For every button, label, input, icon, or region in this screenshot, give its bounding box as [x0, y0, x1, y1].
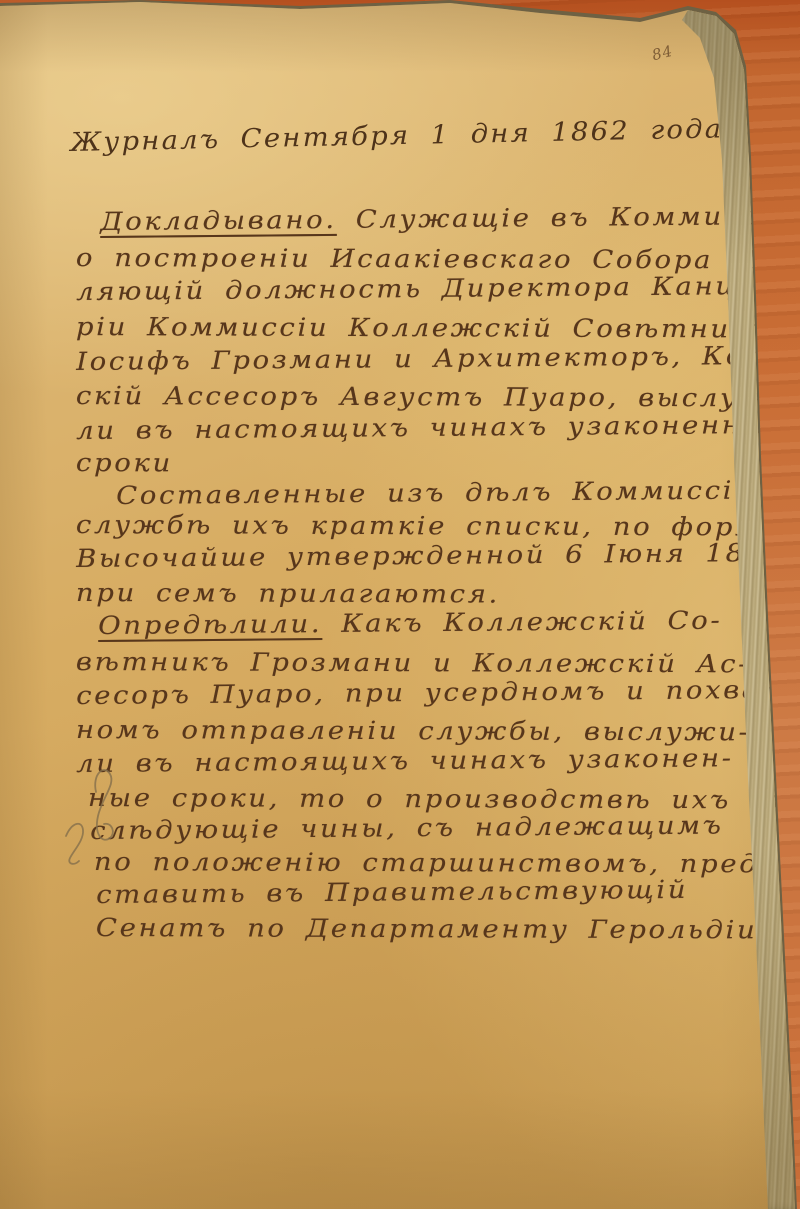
line-text: сроки	[76, 448, 173, 477]
line-text: Іосифъ Грозмани и Архитекторъ, Коллеж-	[76, 340, 800, 376]
manuscript-line: ріи Коммиссіи Коллежскій Совѣтникъ	[76, 312, 771, 343]
manuscript-line: сесоръ Пуаро, при усердномъ и похваль-	[76, 675, 800, 710]
manuscript-line: ляющій должность Директора Канцеля-	[76, 271, 800, 306]
line-text: о построеніи Исаакіевскаго Собора Исправ…	[76, 243, 800, 275]
manuscript-line: о построеніи Исаакіевскаго Собора Исправ…	[76, 243, 800, 275]
line-text: ляющій должность Директора Канцеля-	[76, 271, 800, 306]
manuscript-line: ли въ настоящихъ чинахъ узаконенные	[76, 410, 787, 445]
line-text: ные сроки, то о производствѣ ихъ въ	[88, 783, 790, 814]
line-text: слѣдующіе чины, съ надлежащимъ	[90, 810, 724, 845]
line-text: Сенатъ по Департаменту Герольдіи.	[96, 913, 769, 944]
pencil-flourish-icon	[52, 758, 122, 878]
manuscript-line: сроки	[76, 448, 173, 477]
underlined-keyword: Докладывано.	[100, 205, 337, 236]
manuscript-line: Высочайше утвержденной 6 Іюня 1858 г.,	[76, 537, 800, 573]
line-text: Высочайше утвержденной 6 Іюня 1858 г.,	[76, 537, 800, 573]
manuscript-line: Іосифъ Грозмани и Архитекторъ, Коллеж-	[76, 340, 800, 376]
manuscript-line: слѣдующіе чины, съ надлежащимъ	[90, 810, 724, 845]
journal-date-header: Журналъ Сентября 1 дня 1862 года. №	[70, 113, 783, 158]
folio-number: 84	[650, 42, 675, 65]
manuscript-line: ставить въ Правительствующій	[96, 875, 688, 909]
manuscript-line: Сенатъ по Департаменту Герольдіи.	[96, 913, 769, 944]
manuscript-line: Составленные изъ дѣлъ Коммиссіи о	[116, 475, 793, 510]
line-text: ріи Коммиссіи Коллежскій Совѣтникъ	[76, 312, 771, 343]
line-text: ли въ настоящихъ чинахъ узаконен-	[76, 743, 734, 778]
manuscript-line: ные сроки, то о производствѣ ихъ въ	[88, 783, 790, 814]
manuscript-sheet: 84 Журналъ Сентября 1 дня 1862 года. № Д…	[0, 0, 800, 1209]
line-text: сесоръ Пуаро, при усердномъ и похваль-	[76, 675, 800, 710]
line-text: номъ отправленіи службы, выслужи-	[76, 715, 751, 746]
manuscript-line: номъ отправленіи службы, выслужи-	[76, 715, 751, 746]
line-text: вѣтникъ Грозмани и Коллежскій Ас-	[76, 647, 750, 678]
line-text: Служащіе въ Коммиссіи	[337, 201, 792, 234]
manuscript-line: скій Ассесоръ Августъ Пуаро, выслужи-	[76, 381, 800, 413]
manuscript-line: службѣ ихъ краткіе списки, по формѣ,	[76, 510, 799, 542]
line-text: по положенію старшинствомъ, пред-	[94, 847, 771, 878]
manuscript-line: вѣтникъ Грозмани и Коллежскій Ас-	[76, 647, 750, 678]
line-text: Составленные изъ дѣлъ Коммиссіи о	[116, 475, 793, 510]
manuscript-line: Докладывано. Служащіе въ Коммиссіи	[100, 201, 792, 236]
line-text: ставить въ Правительствующій	[96, 875, 688, 909]
line-text: скій Ассесоръ Августъ Пуаро, выслужи-	[76, 381, 800, 413]
photo-of-manuscript-page: { "photo": { "table_color": "#c2662f", "…	[0, 0, 800, 1209]
manuscript-line: при семъ прилагаются.	[76, 578, 500, 608]
manuscript-line: Опредѣлили. Какъ Коллежскій Со-	[98, 606, 722, 640]
underlined-keyword: Опредѣлили.	[98, 609, 322, 640]
manuscript-line: по положенію старшинствомъ, пред-	[94, 847, 771, 878]
manuscript-line: ли въ настоящихъ чинахъ узаконен-	[76, 743, 734, 778]
line-text: службѣ ихъ краткіе списки, по формѣ,	[76, 510, 799, 542]
line-text: Какъ Коллежскій Со-	[322, 606, 722, 638]
line-text: ли въ настоящихъ чинахъ узаконенные	[76, 410, 787, 445]
line-text: при семъ прилагаются.	[76, 578, 500, 608]
